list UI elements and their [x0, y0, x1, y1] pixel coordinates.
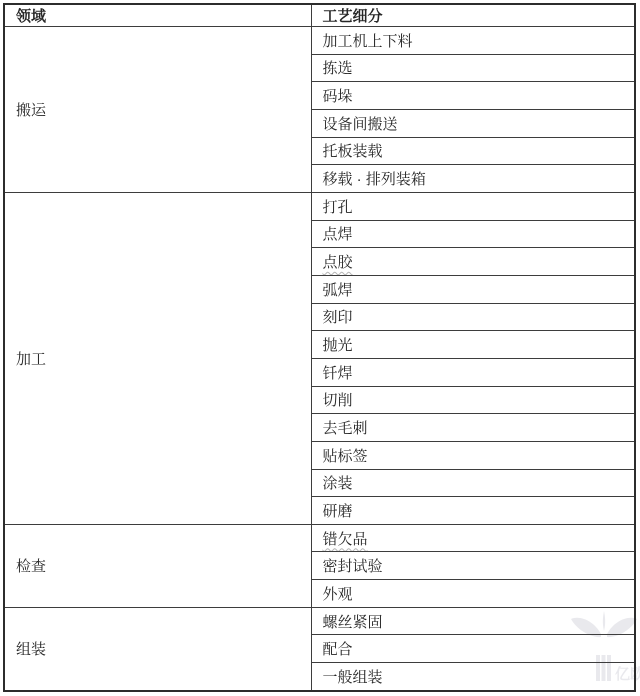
header-row: 领域 工艺细分 — [4, 4, 635, 27]
process-cell: 去毛刺 — [311, 414, 635, 442]
process-label: 去毛刺 — [323, 420, 368, 437]
domain-cell: 组装 — [4, 607, 311, 691]
process-cell: 螺丝紧固 — [311, 607, 635, 635]
process-subdivision-table: 领域 工艺细分 搬运加工机上下料拣选码垛设备间搬送托板装载移载 · 排列装箱加工… — [3, 3, 636, 692]
process-cell: 弧焊 — [311, 275, 635, 303]
process-label: 切削 — [323, 392, 353, 409]
process-label: 托板装载 — [323, 143, 383, 160]
process-cell: 切削 — [311, 386, 635, 414]
process-cell: 涂装 — [311, 469, 635, 497]
process-cell: 设备间搬送 — [311, 109, 635, 137]
process-label: 密封试验 — [323, 558, 383, 575]
process-cell: 贴标签 — [311, 441, 635, 469]
process-label: 螺丝紧固 — [323, 614, 383, 631]
table-row: 组装螺丝紧固 — [4, 607, 635, 635]
process-cell: 刻印 — [311, 303, 635, 331]
domain-cell: 搬运 — [4, 27, 311, 193]
process-label: 拣选 — [323, 60, 353, 77]
process-cell: 打孔 — [311, 192, 635, 220]
table-body: 搬运加工机上下料拣选码垛设备间搬送托板装载移载 · 排列装箱加工打孔点焊点胶弧焊… — [4, 27, 635, 692]
process-cell: 拣选 — [311, 54, 635, 82]
process-cell: 托板装载 — [311, 137, 635, 165]
process-cell: 外观 — [311, 580, 635, 608]
process-label: 刻印 — [323, 309, 353, 326]
process-cell: 加工机上下料 — [311, 27, 635, 55]
process-label: 抛光 — [323, 337, 353, 354]
process-label: 一般组装 — [323, 669, 383, 686]
process-label: 研磨 — [323, 503, 353, 520]
process-label: 钎焊 — [323, 365, 353, 382]
process-cell: 钎焊 — [311, 358, 635, 386]
process-cell: 码垛 — [311, 82, 635, 110]
process-label: 码垛 — [323, 88, 353, 105]
process-label: 配合 — [323, 641, 353, 658]
table-row: 检查错欠品 — [4, 524, 635, 552]
process-cell: 密封试验 — [311, 552, 635, 580]
process-cell: 点焊 — [311, 220, 635, 248]
column-header-process: 工艺细分 — [311, 4, 635, 27]
table-row: 加工打孔 — [4, 192, 635, 220]
process-label: 点胶 — [323, 254, 353, 271]
column-header-domain: 领域 — [4, 4, 311, 27]
process-label: 设备间搬送 — [323, 116, 398, 133]
domain-cell: 检查 — [4, 524, 311, 607]
domain-cell: 加工 — [4, 192, 311, 524]
process-label: 加工机上下料 — [323, 33, 413, 50]
process-cell: 错欠品 — [311, 524, 635, 552]
process-label: 贴标签 — [323, 448, 368, 465]
process-cell: 配合 — [311, 635, 635, 663]
table-row: 搬运加工机上下料 — [4, 27, 635, 55]
process-cell: 一般组装 — [311, 663, 635, 691]
process-label: 错欠品 — [323, 531, 368, 548]
process-label: 打孔 — [323, 199, 353, 216]
process-cell: 点胶 — [311, 248, 635, 276]
table-header: 领域 工艺细分 — [4, 4, 635, 27]
process-cell: 研磨 — [311, 497, 635, 525]
process-cell: 抛光 — [311, 331, 635, 359]
process-label: 涂装 — [323, 475, 353, 492]
process-label: 点焊 — [323, 226, 353, 243]
process-label: 外观 — [323, 586, 353, 603]
process-cell: 移载 · 排列装箱 — [311, 165, 635, 193]
process-label: 弧焊 — [323, 282, 353, 299]
process-label: 移载 · 排列装箱 — [323, 171, 426, 188]
